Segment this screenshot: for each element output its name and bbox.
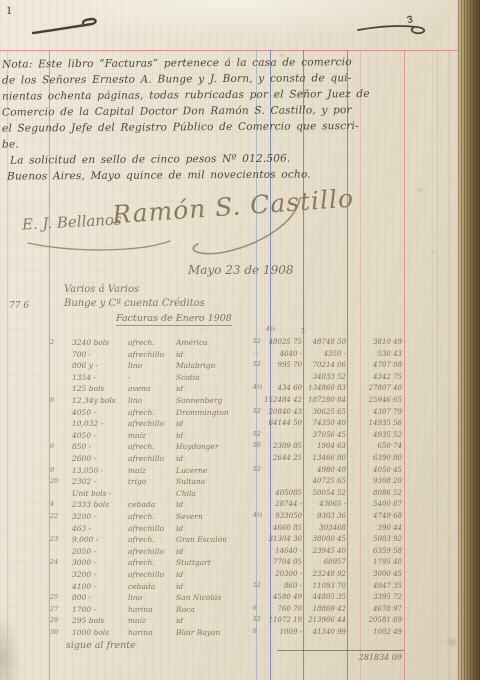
cell-c2: 134860 83 bbox=[308, 384, 346, 392]
cell-prod: afrech. bbox=[128, 535, 174, 544]
cell-prod: lino bbox=[128, 593, 174, 602]
cell-c2: 44805 35 bbox=[308, 593, 346, 601]
table-row: 223200 -afrech.Severn4½9330509303 364749… bbox=[0, 512, 480, 524]
cell-c2: 34033 52 bbox=[308, 373, 346, 381]
table-row: 463 -afrechilloid4660 85303468390 44 bbox=[0, 524, 480, 536]
cell-c1: 7704 05 bbox=[264, 558, 302, 566]
cell-prod: afrechillo bbox=[128, 419, 174, 428]
cell-m: 9 bbox=[50, 466, 68, 474]
cell-c3: 6390 80 bbox=[362, 454, 402, 462]
cell-ves: Blair Bayan bbox=[176, 628, 252, 637]
cell-c3: 4307 79 bbox=[362, 408, 402, 416]
cell-ves: Roca bbox=[176, 605, 252, 614]
cell-qty: 4100 - bbox=[72, 582, 126, 591]
cell-prod: maíz bbox=[128, 616, 174, 625]
cell-m: 25 bbox=[50, 593, 68, 601]
cell-ves: Gran Escalón bbox=[176, 535, 252, 544]
cell-prod: maíz bbox=[128, 431, 174, 440]
cell-c2: 18869 42 bbox=[308, 605, 346, 613]
cell-c3: 14935 56 bbox=[362, 419, 402, 427]
cell-c3: 3395 72 bbox=[362, 593, 402, 601]
cell-c3: 4749 68 bbox=[362, 512, 402, 520]
cell-ves: América bbox=[176, 338, 252, 347]
cell-c2: 74350 40 bbox=[308, 419, 346, 427]
cell-ves: id bbox=[176, 524, 252, 533]
cell-prod: avena bbox=[128, 384, 174, 393]
cell-c1: 2309 85 bbox=[264, 442, 302, 450]
cell-c3: 5400 87 bbox=[362, 500, 402, 508]
cell-qty: 463 - bbox=[72, 524, 126, 533]
cell-c3: 4678 97 bbox=[362, 605, 402, 613]
table-row: 913,050 -maízLucerne524980 404050 45 bbox=[0, 466, 480, 478]
table-row: 29295 bolsmaízid5211072 19213906 4420581… bbox=[0, 616, 480, 628]
cell-ves: Severn bbox=[176, 512, 252, 521]
cell-c2: 23248 92 bbox=[308, 570, 346, 578]
table-row: 806 y -linoMalabrigo52995 7070214 064707… bbox=[0, 361, 480, 373]
cell-c1: 20300 - bbox=[264, 570, 302, 578]
cell-ves: id bbox=[176, 547, 252, 556]
total-rule bbox=[277, 650, 404, 651]
table-row: 243000 -afrech.Stuttgart7704 05609571795… bbox=[0, 558, 480, 570]
table-row: 2050 -afrechilloid14640 -23945 406359 58 bbox=[0, 547, 480, 559]
cell-c3: 4707 08 bbox=[362, 361, 402, 369]
cell-c1: 152484 42 bbox=[264, 396, 302, 404]
cell-m: 20 bbox=[50, 477, 68, 485]
cell-c2: 37056 45 bbox=[308, 431, 346, 439]
cell-qty: 1000 bols bbox=[72, 628, 126, 637]
cell-m: 4 bbox=[50, 500, 68, 508]
cell-m: 27 bbox=[50, 605, 68, 613]
cell-c2: 38000 45 bbox=[308, 535, 346, 543]
cell-ves: Drommington bbox=[176, 408, 252, 417]
cell-qty: 295 bols bbox=[72, 616, 126, 625]
cell-qty: 806 y - bbox=[72, 361, 126, 370]
cell-c2: 23945 40 bbox=[308, 547, 346, 555]
cell-c1: 31304 30 bbox=[264, 535, 302, 543]
table-row: 301000 bolsharinaBlair Bayan61009 -41340… bbox=[0, 628, 480, 640]
cell-c3: 3000 45 bbox=[362, 570, 402, 578]
cell-qty: 3200 - bbox=[72, 512, 126, 521]
cell-c3: 4342 75 bbox=[362, 373, 402, 381]
cell-c2: 50054 52 bbox=[308, 489, 346, 497]
table-row: 42333 bolscebadaid28744 -43065 -5400 87 bbox=[0, 500, 480, 512]
cell-prod: afrech. bbox=[128, 408, 174, 417]
table-row: 4100 -cebadaid52860 -11093 704947 35 bbox=[0, 582, 480, 594]
cell-ves: Stuttgart bbox=[176, 558, 252, 567]
cell-c2: 60957 bbox=[308, 558, 346, 566]
cell-ves: id bbox=[176, 500, 252, 509]
cell-m: 29 bbox=[50, 616, 68, 624]
cell-c2: 13466 80 bbox=[308, 454, 346, 462]
table-row: 1354 --Scotia34033 524342 75 bbox=[0, 373, 480, 385]
cell-c2: 187280 84 bbox=[308, 396, 346, 404]
cell-c3: 4947 35 bbox=[362, 582, 402, 590]
cell-m: 22 bbox=[50, 512, 68, 520]
table-row: 23240 bolsafrech.América5248025 7548748 … bbox=[0, 338, 480, 350]
cell-c3: 27807 40 bbox=[362, 384, 402, 392]
table-row: 700 -afrechilloid- -4640 -4350 -530 43 bbox=[0, 350, 480, 362]
cell-c1: 4640 - bbox=[264, 350, 302, 358]
cell-ves: Scotia bbox=[176, 373, 252, 382]
cell-ves: Malabrigo bbox=[176, 361, 252, 370]
cell-c2: 40725 65 bbox=[308, 477, 346, 485]
cell-prod: afrech. bbox=[128, 442, 174, 451]
table-row: 25800 -linoSan Nicolás4580 4944805 35339… bbox=[0, 593, 480, 605]
cell-c1: 2644 25 bbox=[264, 454, 302, 462]
cell-c1: 995 70 bbox=[264, 361, 302, 369]
table-row: 2600 -afrechilloid2644 2513466 806390 80 bbox=[0, 454, 480, 466]
cell-qty: 2050 - bbox=[72, 547, 126, 556]
entry-rows: 23240 bolsafrech.América5248025 7548748 … bbox=[0, 0, 480, 680]
cell-qty: 3200 - bbox=[72, 570, 126, 579]
cell-qty: 850 - bbox=[72, 442, 126, 451]
cell-qty: 4050 - bbox=[72, 431, 126, 440]
cell-prod: cebada bbox=[128, 582, 174, 591]
cell-qty: 4050 - bbox=[72, 408, 126, 417]
cell-c3: 1795 40 bbox=[362, 558, 402, 566]
cell-c1: 760 70 bbox=[264, 605, 302, 613]
cell-c1: 405085 bbox=[264, 489, 302, 497]
cell-ves: San Nicolás bbox=[176, 593, 252, 602]
cell-c2: 213906 44 bbox=[308, 616, 346, 624]
cell-prod: trigo bbox=[128, 477, 174, 486]
cell-c3: 20581 69 bbox=[362, 616, 402, 624]
cell-c2: 4980 40 bbox=[308, 466, 346, 474]
cell-ves: id bbox=[176, 431, 252, 440]
cell-c1: 434 60 bbox=[264, 384, 302, 392]
cell-qty: 12,34y bols bbox=[72, 396, 126, 405]
table-row: 239,000 -afrech.Gran Escalón31304 303800… bbox=[0, 535, 480, 547]
cell-prod: afrech. bbox=[128, 512, 174, 521]
cell-chk: 52 bbox=[253, 431, 269, 438]
cell-c1: 14640 - bbox=[264, 547, 302, 555]
cell-qty: 125 bols bbox=[72, 384, 126, 393]
cell-qty: 800 - bbox=[72, 593, 126, 602]
cell-qty: 2333 bols bbox=[72, 500, 126, 509]
cell-c3: 9308 20 bbox=[362, 477, 402, 485]
cell-prod: cebada bbox=[128, 500, 174, 509]
cell-c2: 70214 06 bbox=[308, 361, 346, 369]
table-row: 4050 -afrech.Drommington5220840 4330625 … bbox=[0, 408, 480, 420]
cell-qty: 700 - bbox=[72, 350, 126, 359]
page-total: 281834 09 bbox=[352, 653, 402, 662]
cell-prod: afrech. bbox=[128, 558, 174, 567]
cell-m: 23 bbox=[50, 535, 68, 543]
table-row: 202302 -trigoSultana40725 659308 20 bbox=[0, 477, 480, 489]
cell-c3: 530 43 bbox=[362, 350, 402, 358]
cell-c1: 933050 bbox=[264, 512, 302, 520]
cell-c3: 8086 52 bbox=[362, 489, 402, 497]
cell-ves: Chila bbox=[176, 489, 252, 498]
cell-prod: lino bbox=[128, 361, 174, 370]
cell-c2: 48748 50 bbox=[308, 338, 346, 346]
cell-prod: - bbox=[128, 373, 174, 382]
continuation-note: sigue al frente bbox=[66, 640, 136, 651]
cell-ves: id bbox=[176, 582, 252, 591]
cell-m: 24 bbox=[50, 558, 68, 566]
cell-c3: 3810 49 bbox=[362, 338, 402, 346]
cell-prod: harina bbox=[128, 628, 174, 637]
cell-c1: 28744 - bbox=[264, 500, 302, 508]
cell-c3: 25946 65 bbox=[362, 396, 402, 404]
cell-c1: 1009 - bbox=[264, 628, 302, 636]
cell-qty: 10,032 - bbox=[72, 419, 126, 428]
cell-c1: 4660 85 bbox=[264, 524, 302, 532]
cell-qty: 2302 - bbox=[72, 477, 126, 486]
cell-c2: 9303 36 bbox=[308, 512, 346, 520]
cell-prod: afrechillo bbox=[128, 454, 174, 463]
table-row: 6850 -afrech.Huydonger502309 851904 6365… bbox=[0, 442, 480, 454]
table-row: 4050 -maízid5237056 454935 52 bbox=[0, 431, 480, 443]
cell-c2: 4350 - bbox=[308, 350, 346, 358]
cell-m: 6 bbox=[50, 396, 68, 404]
cell-c2: 303468 bbox=[308, 524, 346, 532]
cell-c2: 11093 70 bbox=[308, 582, 346, 590]
cell-prod: maíz bbox=[128, 466, 174, 475]
cell-m: 2 bbox=[50, 338, 68, 346]
cell-ves: Sonnenberg bbox=[176, 396, 252, 405]
cell-qty: 2600 - bbox=[72, 454, 126, 463]
cell-qty: Unit bols - bbox=[72, 489, 126, 498]
cell-c1: 860 - bbox=[264, 582, 302, 590]
cell-prod: harina bbox=[128, 605, 174, 614]
cell-c1: 11072 19 bbox=[264, 616, 302, 624]
table-row: 125 bolsavenaid4½434 60134860 8327807 40 bbox=[0, 384, 480, 396]
cell-m: 6 bbox=[50, 442, 68, 450]
cell-c3: 650 74 bbox=[362, 442, 402, 450]
cell-c2: 1904 63 bbox=[308, 442, 346, 450]
cell-ves: id bbox=[176, 350, 252, 359]
cell-qty: 1354 - bbox=[72, 373, 126, 382]
table-row: Unit bols -Chila40508550054 528086 52 bbox=[0, 489, 480, 501]
table-row: 10,032 -afrechilloid64144 5074350 401493… bbox=[0, 419, 480, 431]
cell-c2: 43065 - bbox=[308, 500, 346, 508]
cell-m: 30 bbox=[50, 628, 68, 636]
cell-qty: 3240 bols bbox=[72, 338, 126, 347]
ledger-page: 1 Nota: Este libro “Facturas” pertenece … bbox=[0, 0, 480, 680]
cell-qty: 13,050 - bbox=[72, 466, 126, 475]
cell-c3: 5003 92 bbox=[362, 535, 402, 543]
cell-ves: id bbox=[176, 384, 252, 393]
table-row: 612,34y bolslinoSonnenberg152484 4218728… bbox=[0, 396, 480, 408]
cell-prod: afrechillo bbox=[128, 547, 174, 556]
table-row: 3200 -afrechilloid20300 -23248 923000 45 bbox=[0, 570, 480, 582]
cell-ves: id bbox=[176, 570, 252, 579]
cell-c3: 4935 52 bbox=[362, 431, 402, 439]
cell-ves: Lucerne bbox=[176, 466, 252, 475]
cell-c1: 4580 49 bbox=[264, 593, 302, 601]
cell-ves: id bbox=[176, 616, 252, 625]
cell-c3: 1002 49 bbox=[362, 628, 402, 636]
cell-c2: 41340 99 bbox=[308, 628, 346, 636]
cell-c3: 4050 45 bbox=[362, 466, 402, 474]
cell-c2: 30625 65 bbox=[308, 408, 346, 416]
cell-prod: afrechillo bbox=[128, 524, 174, 533]
cell-prod: afrech. bbox=[128, 338, 174, 347]
cell-ves: Sultana bbox=[176, 477, 252, 486]
cell-ves: id bbox=[176, 419, 252, 428]
cell-chk: 52 bbox=[253, 466, 269, 473]
cell-prod: lino bbox=[128, 396, 174, 405]
cell-ves: Huydonger bbox=[176, 442, 252, 451]
cell-qty: 3000 - bbox=[72, 558, 126, 567]
cell-prod: afrechillo bbox=[128, 350, 174, 359]
cell-c1: 48025 75 bbox=[264, 338, 302, 346]
cell-qty: 1700 - bbox=[72, 605, 126, 614]
cell-c1: 20840 43 bbox=[264, 408, 302, 416]
cell-c3: 6359 58 bbox=[362, 547, 402, 555]
cell-c1: 64144 50 bbox=[264, 419, 302, 427]
cell-c3: 390 44 bbox=[362, 524, 402, 532]
cell-qty: 9,000 - bbox=[72, 535, 126, 544]
table-row: 271700 -harinaRoca6760 7018869 424678 97 bbox=[0, 605, 480, 617]
cell-prod: afrechillo bbox=[128, 570, 174, 579]
cell-ves: id bbox=[176, 454, 252, 463]
